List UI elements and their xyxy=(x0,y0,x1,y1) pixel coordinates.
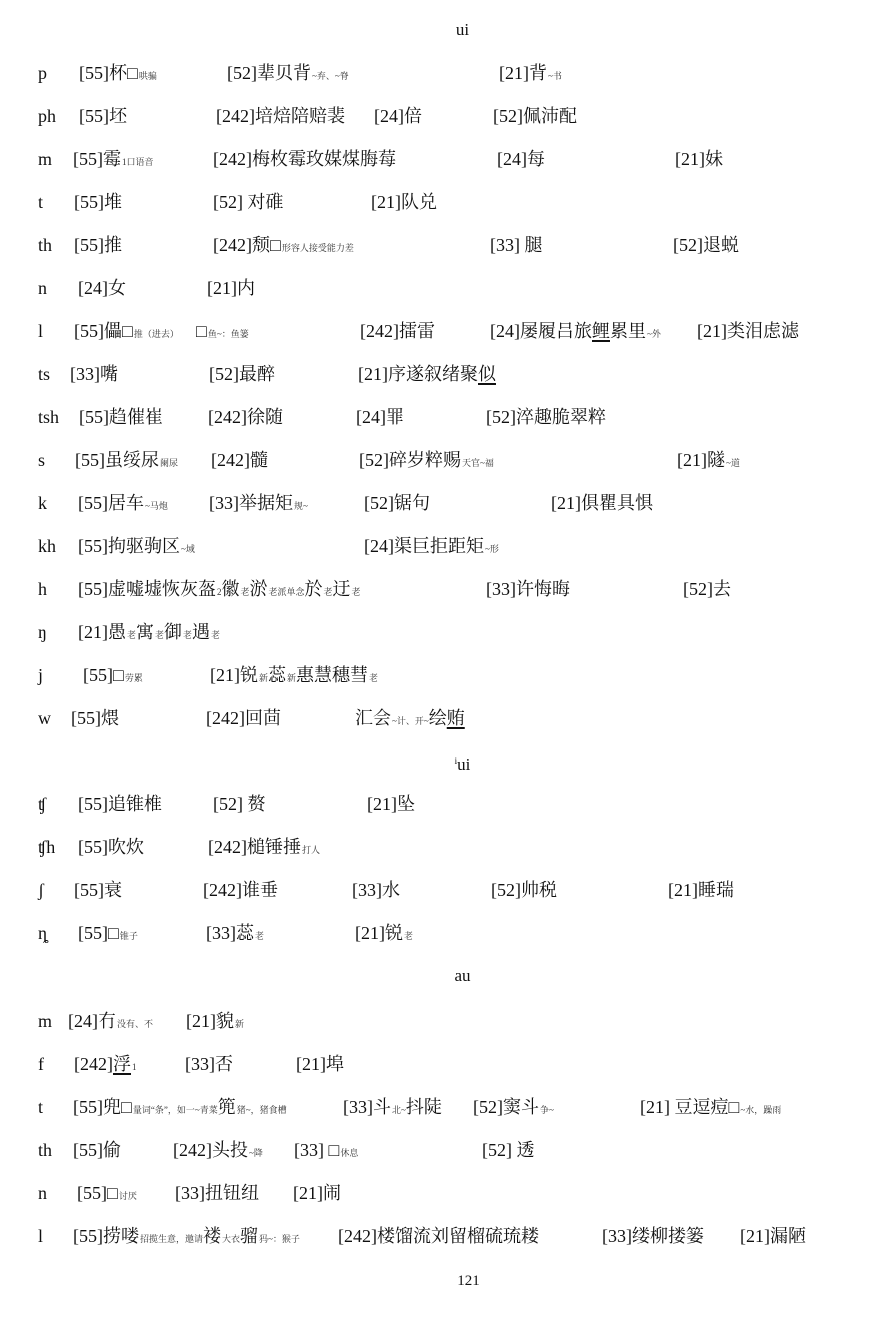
characters: 遇 xyxy=(192,622,210,642)
characters: 谁垂 xyxy=(242,880,278,900)
tone-number: [21] xyxy=(499,63,529,83)
characters: 俱瞿具惧 xyxy=(581,493,653,513)
tone-entry: [242]回茴 xyxy=(206,706,281,730)
tone-number: [55] xyxy=(83,665,113,685)
tone-entry: [242]梅枚霉玫媒煤脢莓 xyxy=(213,147,396,171)
underlined-character: 鲤 xyxy=(592,321,610,341)
characters: 累里 xyxy=(610,321,646,341)
characters: 冇 xyxy=(98,1011,116,1031)
gloss-note: 老 xyxy=(127,630,136,640)
tone-number: [55] xyxy=(78,837,108,857)
characters: □ xyxy=(324,1140,339,1160)
gloss-note: ~弃、~脊 xyxy=(312,71,349,81)
tone-number: [52] xyxy=(486,407,516,427)
tone-number: [21] xyxy=(355,923,385,943)
tone-entry: [52]佩沛配 xyxy=(493,104,577,128)
tone-number: [242] xyxy=(213,235,252,255)
syllable-row: n[24]女[21]内 xyxy=(0,276,887,300)
characters: 兜□ xyxy=(103,1097,132,1117)
gloss-note: ~降 xyxy=(249,1148,263,1158)
characters: 居车 xyxy=(108,493,144,513)
tone-entry: [33]举据矩规~ xyxy=(209,491,308,518)
syllable-row: ŋ[21]愚老寓老御老遇老 xyxy=(0,620,887,644)
characters: 汇会 xyxy=(355,708,391,728)
tone-number: [21] xyxy=(210,665,240,685)
gloss-note: 新 xyxy=(235,1019,244,1029)
initial-consonant: th xyxy=(38,233,52,257)
tone-entry: [21]类泪虑滤 xyxy=(697,319,799,343)
characters: 埠 xyxy=(326,1054,344,1074)
tone-number: [21] xyxy=(740,1226,770,1246)
characters: □ xyxy=(196,321,207,341)
initial-consonant: ʃ xyxy=(38,878,44,902)
tone-number: [242] xyxy=(360,321,399,341)
initial-consonant: ts xyxy=(38,362,50,386)
tone-entry: [33]扭钮纽 xyxy=(175,1181,259,1205)
syllable-row: m[55]霉1口语音[242]梅枚霉玫媒煤脢莓[24]每[21]妹 xyxy=(0,147,887,171)
gloss-note: 推（进去） xyxy=(134,329,179,339)
tone-number: [21] xyxy=(675,149,705,169)
characters: 序遂叙绪聚 xyxy=(388,364,478,384)
tone-number: [21] xyxy=(78,622,108,642)
characters: 虽绥尿 xyxy=(105,450,159,470)
characters: 退蜕 xyxy=(703,235,739,255)
syllable-row: ʧh[55]吹炊[242]槌锤捶打人 xyxy=(0,835,887,859)
tone-number: [242] xyxy=(208,837,247,857)
initial-consonant: ŋ xyxy=(38,620,47,644)
tone-entry: [21]内 xyxy=(207,276,255,300)
tone-entry: [55]□讨厌 xyxy=(77,1181,137,1208)
characters: 赘 xyxy=(243,794,266,814)
tone-entry: [55]追锥椎 xyxy=(78,792,162,816)
characters: 蕊 xyxy=(236,923,254,943)
characters: 渠巨拒距矩 xyxy=(394,536,484,556)
characters: 锐 xyxy=(240,665,258,685)
characters: 对碓 xyxy=(243,192,284,212)
tone-entry: [21]锐新蕊新惠慧穗彗老 xyxy=(210,663,378,690)
gloss-note: 形容人接受能力差 xyxy=(282,243,354,253)
tone-number: [242] xyxy=(211,450,250,470)
characters: 霉 xyxy=(103,149,121,169)
tone-number: [52] xyxy=(364,493,394,513)
characters: 堆 xyxy=(104,192,122,212)
characters: 御 xyxy=(164,622,182,642)
syllable-row: h[55]虚嘘墟恢灰盔2徽老淤老派单念於老迂老[33]许悔晦[52]去 xyxy=(0,577,887,601)
tone-entry: [55]虚嘘墟恢灰盔2徽老淤老派单念於老迂老 xyxy=(78,577,361,604)
characters: 於 xyxy=(305,579,323,599)
tone-number: [33] xyxy=(209,493,239,513)
tone-entry: [242]头投~降 xyxy=(173,1138,263,1165)
tone-entry: [55]拘驱驹区~域 xyxy=(78,534,195,561)
tone-entry: [55]居车~马炮 xyxy=(78,491,168,518)
underlined-character: 浮 xyxy=(113,1054,131,1074)
syllable-row: w[55]煨[242]回茴汇会~计、开~绘贿 xyxy=(0,706,887,730)
characters: 拘驱驹区 xyxy=(108,536,180,556)
tone-number: [55] xyxy=(71,708,101,728)
syllable-row: p[55]杯□哄骗[52]辈贝背~弃、~脊[21]背~书 xyxy=(0,61,887,85)
characters: 愚 xyxy=(108,622,126,642)
syllable-row: l[55]捞喽招揽生意，邀请褛大衣骝犸~：猴子[242]楼馏流刘留榴硫琉耧[33… xyxy=(0,1224,887,1248)
characters: 锯句 xyxy=(394,493,430,513)
characters: 儡□ xyxy=(104,321,133,341)
characters: 倍 xyxy=(404,106,422,126)
characters: 隧 xyxy=(707,450,725,470)
tone-entry: [242]徐随 xyxy=(208,405,283,429)
tone-number: [52] xyxy=(493,106,523,126)
syllable-row: kh[55]拘驱驹区~域[24]渠巨拒距矩~形 xyxy=(0,534,887,558)
tone-entry: [55]吹炊 xyxy=(78,835,144,859)
syllable-row: f[242]浮1[33]否[21]埠 xyxy=(0,1052,887,1076)
tone-entry: [55]坯 xyxy=(79,104,127,128)
tone-entry: [242]楼馏流刘留榴硫琉耧 xyxy=(338,1224,539,1248)
gloss-note: 争~ xyxy=(540,1105,554,1115)
characters: 趋催崔 xyxy=(109,407,163,427)
initial-consonant: m xyxy=(38,147,52,171)
syllable-row: l[55]儡□推（进去）□鱼~：鱼篓[242]擂雷[24]屡履吕旅鲤累里~外[2… xyxy=(0,319,887,343)
tone-entry: [21] 豆逗痘□~水，躁雨 xyxy=(640,1095,781,1122)
characters: 煨 xyxy=(101,708,119,728)
tone-number: [52] xyxy=(227,63,257,83)
characters: 锐 xyxy=(385,923,403,943)
characters: 坠 xyxy=(397,794,415,814)
characters: 偷 xyxy=(103,1140,121,1160)
tone-number: [55] xyxy=(74,192,104,212)
tone-number: [21] xyxy=(371,192,401,212)
gloss-note: 老 xyxy=(241,587,250,597)
gloss-note: 劳累 xyxy=(125,673,143,683)
characters: 背 xyxy=(529,63,547,83)
tone-number: [242] xyxy=(208,407,247,427)
tone-number: [52] xyxy=(209,364,239,384)
initial-consonant: p xyxy=(38,61,47,85)
gloss-note: 没有、不 xyxy=(117,1019,153,1029)
gloss-note: ~水，躁雨 xyxy=(740,1105,781,1115)
tone-entry: [55]衰 xyxy=(74,878,122,902)
characters: 追锥椎 xyxy=(108,794,162,814)
characters: 扭钮纽 xyxy=(205,1183,259,1203)
tone-number: [33] xyxy=(175,1183,205,1203)
characters: 推 xyxy=(104,235,122,255)
tone-entry: [21]序遂叙绪聚似 xyxy=(358,362,496,386)
tone-number: [242] xyxy=(203,880,242,900)
tone-entry: [52]最醉 xyxy=(209,362,275,386)
gloss-note: 老 xyxy=(324,587,333,597)
heading-text: ui xyxy=(456,20,469,39)
tone-number: [242] xyxy=(213,149,252,169)
tone-entry: [24]罪 xyxy=(356,405,404,429)
tone-number: [24] xyxy=(356,407,386,427)
gloss-note: 打人 xyxy=(302,845,320,855)
tone-number: [55] xyxy=(73,1226,103,1246)
gloss-note: 大衣 xyxy=(222,1234,240,1244)
syllable-row: t[55]兜□量词“条”，如一~青菜篼猪~，猪食槽[33]斗北~抖陡[52]窦斗… xyxy=(0,1095,887,1119)
tone-entry: [55]杯□哄骗 xyxy=(79,61,157,88)
tone-entry: [52]帅税 xyxy=(491,878,557,902)
gloss-note: 天官~福 xyxy=(462,458,494,468)
tone-entry: [33]许悔晦 xyxy=(486,577,570,601)
characters: 寓 xyxy=(136,622,154,642)
tone-number: [55] xyxy=(79,63,109,83)
tone-number: [55] xyxy=(78,794,108,814)
tone-entry: [24]冇没有、不 xyxy=(68,1009,153,1036)
tone-number: [21] xyxy=(677,450,707,470)
tone-entry: [55]虽绥尿阑尿 xyxy=(75,448,178,475)
characters: 衰 xyxy=(104,880,122,900)
syllable-row: n[55]□讨厌[33]扭钮纽[21]闹 xyxy=(0,1181,887,1205)
characters: 擂雷 xyxy=(399,321,435,341)
characters: 梅枚霉玫媒煤脢莓 xyxy=(252,149,396,169)
tone-number: [52] xyxy=(473,1097,503,1117)
characters: 妹 xyxy=(705,149,723,169)
characters: 培焙陪赔裴 xyxy=(255,106,345,126)
syllable-row: th[55]推[242]颓□形容人接受能力差[33] 腿[52]退蜕 xyxy=(0,233,887,257)
tone-number: [21] xyxy=(551,493,581,513)
gloss-note: 老 xyxy=(255,931,264,941)
tone-entry: [55]捞喽招揽生意，邀请褛大衣骝犸~：猴子 xyxy=(73,1224,300,1251)
tone-number: [52] xyxy=(213,192,243,212)
characters: 许悔晦 xyxy=(516,579,570,599)
gloss-note: 老 xyxy=(155,630,164,640)
characters: 队兑 xyxy=(401,192,437,212)
tone-number: [24] xyxy=(364,536,394,556)
tone-number: [33] xyxy=(486,579,516,599)
gloss-note: 讨厌 xyxy=(119,1191,137,1201)
gloss-note: 老 xyxy=(211,630,220,640)
tone-entry: [24]每 xyxy=(497,147,545,171)
tone-entry: [52]碎岁粹赐天官~福 xyxy=(359,448,494,475)
gloss-note: 猪~，猪食槽 xyxy=(237,1105,287,1115)
gloss-note: 鱼~：鱼篓 xyxy=(208,329,249,339)
tone-number: [21] xyxy=(207,278,237,298)
characters: 缕柳搂篓 xyxy=(632,1226,704,1246)
tone-number: [33] xyxy=(343,1097,373,1117)
characters: 虚嘘墟恢灰盔 xyxy=(108,579,216,599)
characters: 淬趣脆翠粹 xyxy=(516,407,606,427)
characters: 篼 xyxy=(218,1097,236,1117)
initial-consonant: f xyxy=(38,1052,44,1076)
gloss-note: 北~ xyxy=(392,1105,406,1115)
tone-entry: [33]缕柳搂篓 xyxy=(602,1224,704,1248)
tone-entry: [21]妹 xyxy=(675,147,723,171)
characters: 每 xyxy=(527,149,545,169)
tone-entry: [33]嘴 xyxy=(70,362,118,386)
tone-number: [242] xyxy=(173,1140,212,1160)
tone-number: [33] xyxy=(294,1140,324,1160)
gloss-note: ~外 xyxy=(647,329,661,339)
characters: 徽 xyxy=(222,579,240,599)
gloss-note: 1口语音 xyxy=(122,157,154,167)
tone-entry: [33]蕊老 xyxy=(206,921,264,948)
tone-entry: [242]颓□形容人接受能力差 xyxy=(213,233,354,260)
tone-number: [52] xyxy=(482,1140,512,1160)
gloss-note: ~域 xyxy=(181,544,195,554)
tone-entry: [21]锐老 xyxy=(355,921,413,948)
characters: 绘 xyxy=(429,708,447,728)
characters: 去 xyxy=(713,579,731,599)
characters: 回茴 xyxy=(245,708,281,728)
characters: □ xyxy=(107,1183,118,1203)
syllable-row: ʧ[55]追锥椎[52] 赘[21]坠 xyxy=(0,792,887,816)
gloss-note: ~道 xyxy=(726,458,740,468)
gloss-note: 老 xyxy=(404,931,413,941)
tone-number: [55] xyxy=(74,321,104,341)
tone-entry: [21]睡瑞 xyxy=(668,878,734,902)
characters: 窦斗 xyxy=(503,1097,539,1117)
tone-entry: [242]髓 xyxy=(211,448,268,472)
gloss-note: 新 xyxy=(287,673,296,683)
tone-entry: [52]锯句 xyxy=(364,491,430,515)
initial-consonant: l xyxy=(38,1224,43,1248)
tone-entry: [33]否 xyxy=(185,1052,233,1076)
tone-entry: [21]俱瞿具惧 xyxy=(551,491,653,515)
initial-consonant: h xyxy=(38,577,47,601)
characters: 内 xyxy=(237,278,255,298)
gloss-note: 阑尿 xyxy=(160,458,178,468)
tone-entry: [242]培焙陪赔裴 xyxy=(216,104,345,128)
syllable-row: s[55]虽绥尿阑尿[242]髓[52]碎岁粹赐天官~福[21]隧~道 xyxy=(0,448,887,472)
characters: 帅税 xyxy=(521,880,557,900)
heading-text: ui xyxy=(457,755,470,774)
tone-number: [52] xyxy=(213,794,243,814)
tone-number: [55] xyxy=(73,149,103,169)
initial-consonant: s xyxy=(38,448,45,472)
tone-entry: [21]愚老寓老御老遇老 xyxy=(78,620,220,647)
initial-consonant: n xyxy=(38,1181,47,1205)
initial-consonant: j xyxy=(38,663,43,687)
tone-number: [24] xyxy=(490,321,520,341)
characters: 透 xyxy=(512,1140,535,1160)
characters: 碎岁粹赐 xyxy=(389,450,461,470)
tone-number: [52] xyxy=(491,880,521,900)
gloss-note: 招揽生意，邀请 xyxy=(140,1234,203,1244)
tone-entry: [52]去 xyxy=(683,577,731,601)
characters: 嘴 xyxy=(100,364,118,384)
tone-entry: [52]窦斗争~ xyxy=(473,1095,554,1122)
tone-number: [21] xyxy=(186,1011,216,1031)
tone-entry: □鱼~：鱼篓 xyxy=(196,319,249,346)
initial-consonant: m xyxy=(38,1009,52,1033)
tone-entry: [55]儡□推（进去） xyxy=(74,319,179,346)
tone-entry: [21]隧~道 xyxy=(677,448,740,475)
characters: 类泪虑滤 xyxy=(727,321,799,341)
characters: 杯□ xyxy=(109,63,138,83)
tone-number: [55] xyxy=(78,493,108,513)
tone-entry: [21]背~书 xyxy=(499,61,562,88)
characters: 楼馏流刘留榴硫琉耧 xyxy=(377,1226,539,1246)
characters: 吹炊 xyxy=(108,837,144,857)
tone-entry: [33] □休息 xyxy=(294,1138,358,1165)
gloss-note: 犸~：猴子 xyxy=(259,1234,300,1244)
tone-number: [33] xyxy=(70,364,100,384)
characters: 罪 xyxy=(386,407,404,427)
characters: 腿 xyxy=(520,235,543,255)
tone-entry: [242]谁垂 xyxy=(203,878,278,902)
tone-number: [242] xyxy=(206,708,245,728)
underlined-character: 似 xyxy=(478,364,496,384)
tone-entry: [242]槌锤捶打人 xyxy=(208,835,320,862)
tone-number: [55] xyxy=(79,407,109,427)
tone-number: [55] xyxy=(73,1140,103,1160)
syllable-row: t[55]堆[52] 对碓[21]队兑 xyxy=(0,190,887,214)
tone-number: [55] xyxy=(74,880,104,900)
tone-entry: [52]退蜕 xyxy=(673,233,739,257)
characters: 槌锤捶 xyxy=(247,837,301,857)
syllable-row: ts[33]嘴[52]最醉[21]序遂叙绪聚似 xyxy=(0,362,887,386)
tone-entry: [21]貌新 xyxy=(186,1009,244,1036)
tone-number: [52] xyxy=(673,235,703,255)
tone-entry: [21]坠 xyxy=(367,792,415,816)
initial-consonant: tsh xyxy=(38,405,59,429)
initial-consonant: n xyxy=(38,276,47,300)
tone-entry: [52]淬趣脆翠粹 xyxy=(486,405,606,429)
characters: 辈贝背 xyxy=(257,63,311,83)
characters: 徐随 xyxy=(247,407,283,427)
tone-number: [33] xyxy=(185,1054,215,1074)
tone-number: [242] xyxy=(338,1226,377,1246)
tone-number: [55] xyxy=(75,450,105,470)
initial-consonant: l xyxy=(38,319,43,343)
tone-entry: [24]屡履吕旅鲤累里~外 xyxy=(490,319,661,346)
gloss-note: ~形 xyxy=(485,544,499,554)
tone-number: [52] xyxy=(683,579,713,599)
tone-number: [33] xyxy=(206,923,236,943)
tone-entry: 汇会~计、开~绘贿 xyxy=(355,706,465,733)
initial-consonant: k xyxy=(38,491,47,515)
tone-entry: [33]水 xyxy=(352,878,400,902)
tone-number: [21] xyxy=(293,1183,323,1203)
gloss-note: 1 xyxy=(132,1062,137,1072)
page-number: 121 xyxy=(0,1273,887,1290)
characters: 水 xyxy=(382,880,400,900)
characters: 女 xyxy=(108,278,126,298)
tone-entry: [55]偷 xyxy=(73,1138,121,1162)
tone-entry: [55]□劳累 xyxy=(83,663,143,690)
tone-number: [24] xyxy=(497,149,527,169)
characters: 佩沛配 xyxy=(523,106,577,126)
tone-entry: [55]兜□量词“条”，如一~青菜篼猪~，猪食槽 xyxy=(73,1095,287,1122)
tone-entry: [24]女 xyxy=(78,276,126,300)
tone-number: [21] xyxy=(668,880,698,900)
tone-number: [21] xyxy=(358,364,388,384)
initial-consonant: ph xyxy=(38,104,56,128)
tone-entry: [33] 腿 xyxy=(490,233,543,257)
tone-number: [242] xyxy=(216,106,255,126)
tone-number: [21] xyxy=(296,1054,326,1074)
tone-entry: [242]擂雷 xyxy=(360,319,435,343)
characters: 捞喽 xyxy=(103,1226,139,1246)
underlined-character: 贿 xyxy=(447,708,465,728)
syllable-row: th[55]偷[242]头投~降[33] □休息[52] 透 xyxy=(0,1138,887,1162)
characters: 豆逗痘□ xyxy=(670,1097,739,1117)
tone-number: [33] xyxy=(490,235,520,255)
tone-entry: [55]推 xyxy=(74,233,122,257)
characters: □ xyxy=(108,923,119,943)
characters: 髓 xyxy=(250,450,268,470)
characters: 否 xyxy=(215,1054,233,1074)
characters: 褛 xyxy=(203,1226,221,1246)
characters: 头投 xyxy=(212,1140,248,1160)
tone-entry: [52] 透 xyxy=(482,1138,535,1162)
tone-number: [55] xyxy=(78,536,108,556)
initial-consonant: th xyxy=(38,1138,52,1162)
tone-entry: [52] 赘 xyxy=(213,792,266,816)
gloss-note: 锥子 xyxy=(120,931,138,941)
characters: 最醉 xyxy=(239,364,275,384)
syllable-row: k[55]居车~马炮[33]举据矩规~[52]锯句[21]俱瞿具惧 xyxy=(0,491,887,515)
syllable-row: tsh[55]趋催崔[242]徐随[24]罪[52]淬趣脆翠粹 xyxy=(0,405,887,429)
tone-entry: [55]趋催崔 xyxy=(79,405,163,429)
gloss-note: 量词“条”，如一~青菜 xyxy=(133,1105,218,1115)
